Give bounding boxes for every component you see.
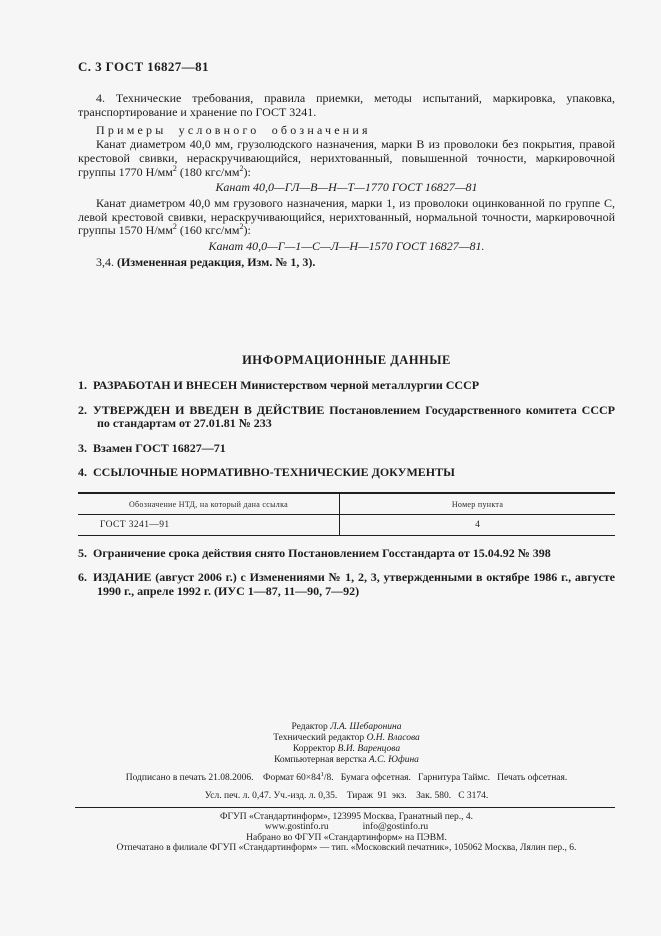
credit-name: А.С. Юфина (369, 755, 419, 765)
table-header-row: Обозначение НТД, на который дана ссылка … (78, 493, 615, 515)
publisher-address: ФГУП «Стандартинформ», 123995 Москва, Гр… (78, 812, 615, 823)
reference-documents-table: Обозначение НТД, на который дана ссылка … (78, 492, 615, 536)
info-item-2: 2.УТВЕРЖДЕН И ВВЕДЕН В ДЕЙСТВИЕ Постанов… (78, 404, 615, 431)
imprint-line-1: Подписано в печать 21.08.2006. Формат 60… (78, 773, 615, 784)
example-1-text: Канат диаметром 40,0 мм, грузолюдского н… (78, 137, 615, 178)
printing-house-note: Отпечатано в филиале ФГУП «Стандартинфор… (78, 843, 615, 854)
column-header-ntd: Обозначение НТД, на который дана ссылка (78, 493, 340, 515)
publisher-email: info@gostinfo.ru (363, 822, 428, 832)
document-page: С. 3 ГОСТ 16827—81 4. Технические требов… (0, 0, 661, 936)
credit-technical-editor: Технический редактор О.Н. Власова (78, 733, 615, 744)
rope-designation-2: Канат 40,0—Г—1—С—Л—Н—1570 ГОСТ 16827—81. (78, 240, 615, 254)
item-number: 3. (78, 441, 87, 455)
imprint-text: Подписано в печать 21.08.2006. Формат 60… (126, 773, 321, 783)
credit-layout: Компьютерная верстка А.С. Юфина (78, 755, 615, 766)
item-number: 6. (78, 570, 87, 584)
item-number: 5. (78, 546, 87, 560)
credit-role: Технический редактор (273, 733, 364, 743)
item-number: 2. (78, 403, 87, 417)
examples-heading: Примеры условного обозначения (78, 124, 615, 138)
info-item-6: 6.ИЗДАНИЕ (август 2006 г.) с Изменениями… (78, 571, 615, 598)
publisher-contacts: www.gostinfo.ruinfo@gostinfo.ru (78, 822, 615, 833)
credit-role: Редактор (291, 722, 327, 732)
amendment-note: 3,4. (Измененная редакция, Изм. № 1, 3). (78, 256, 615, 270)
clause-4-paragraph: 4. Технические требования, правила прием… (78, 92, 615, 119)
credit-proofreader: Корректор В.И. Варенцова (78, 744, 615, 755)
info-item-5: 5.Ограничение срока действия снято Поста… (78, 547, 615, 561)
info-data-title: ИНФОРМАЦИОННЫЕ ДАННЫЕ (78, 353, 615, 368)
example-2-text-mid: (160 кгс/мм (177, 223, 240, 237)
page-header: С. 3 ГОСТ 16827—81 (78, 59, 615, 75)
credit-name: В.И. Варенцова (338, 744, 400, 754)
credit-name: О.Н. Власова (367, 733, 420, 743)
colophon: Редактор Л.А. Шебаронина Технический ред… (78, 722, 615, 854)
page-content: С. 3 ГОСТ 16827—81 4. Технические требов… (78, 0, 615, 854)
typeset-note: Набрано во ФГУП «Стандартинформ» на ПЭВМ… (78, 833, 615, 844)
publisher-website: www.gostinfo.ru (265, 822, 329, 832)
item-number: 4. (78, 465, 87, 479)
rope-designation-1: Канат 40,0—ГЛ—В—Н—Т—1770 ГОСТ 16827—81 (78, 181, 615, 195)
item-text: ИЗДАНИЕ (август 2006 г.) с Изменениями №… (93, 570, 615, 598)
info-item-1: 1.РАЗРАБОТАН И ВНЕСЕН Министерством черн… (78, 379, 615, 393)
imprint-text-end: /8. Бумага офсетная. Гарнитура Таймс. Пе… (324, 773, 567, 783)
amendment-clauses: 3,4. (96, 255, 114, 269)
example-1-paragraph: Канат диаметром 40,0 мм, грузолюдского н… (78, 138, 615, 179)
info-item-3: 3.Взамен ГОСТ 16827—71 (78, 442, 615, 456)
example-1-text-end: ): (243, 165, 250, 179)
footer-divider (75, 807, 615, 808)
example-2-text: Канат диаметром 40,0 мм грузового назнач… (78, 196, 615, 237)
credit-editor: Редактор Л.А. Шебаронина (78, 722, 615, 733)
item-text: Взамен ГОСТ 16827—71 (93, 441, 226, 455)
imprint-line-2: Усл. печ. л. 0,47. Уч.-изд. л. 0,35. Тир… (78, 791, 615, 802)
cell-punkt-number: 4 (340, 514, 615, 535)
item-text: Ограничение срока действия снято Постано… (93, 546, 551, 560)
credit-name: Л.А. Шебаронина (330, 722, 401, 732)
cell-ntd-designation: ГОСТ 3241—91 (78, 514, 340, 535)
item-number: 1. (78, 378, 87, 392)
credit-role: Корректор (293, 744, 335, 754)
credit-role: Компьютерная верстка (274, 755, 366, 765)
info-item-4: 4.ССЫЛОЧНЫЕ НОРМАТИВНО-ТЕХНИЧЕСКИЕ ДОКУМ… (78, 466, 615, 480)
item-text: ССЫЛОЧНЫЕ НОРМАТИВНО-ТЕХНИЧЕСКИЕ ДОКУМЕН… (93, 465, 455, 479)
example-2-paragraph: Канат диаметром 40,0 мм грузового назнач… (78, 197, 615, 238)
example-1-text-mid: (180 кгс/мм (177, 165, 240, 179)
item-text: УТВЕРЖДЕН И ВВЕДЕН В ДЕЙСТВИЕ Постановле… (93, 403, 615, 431)
example-2-text-end: ): (243, 223, 250, 237)
column-header-punkt: Номер пункта (340, 493, 615, 515)
item-text: РАЗРАБОТАН И ВНЕСЕН Министерством черной… (93, 378, 479, 392)
amendment-text: (Измененная редакция, Изм. № 1, 3). (117, 255, 315, 269)
table-row: ГОСТ 3241—91 4 (78, 514, 615, 535)
